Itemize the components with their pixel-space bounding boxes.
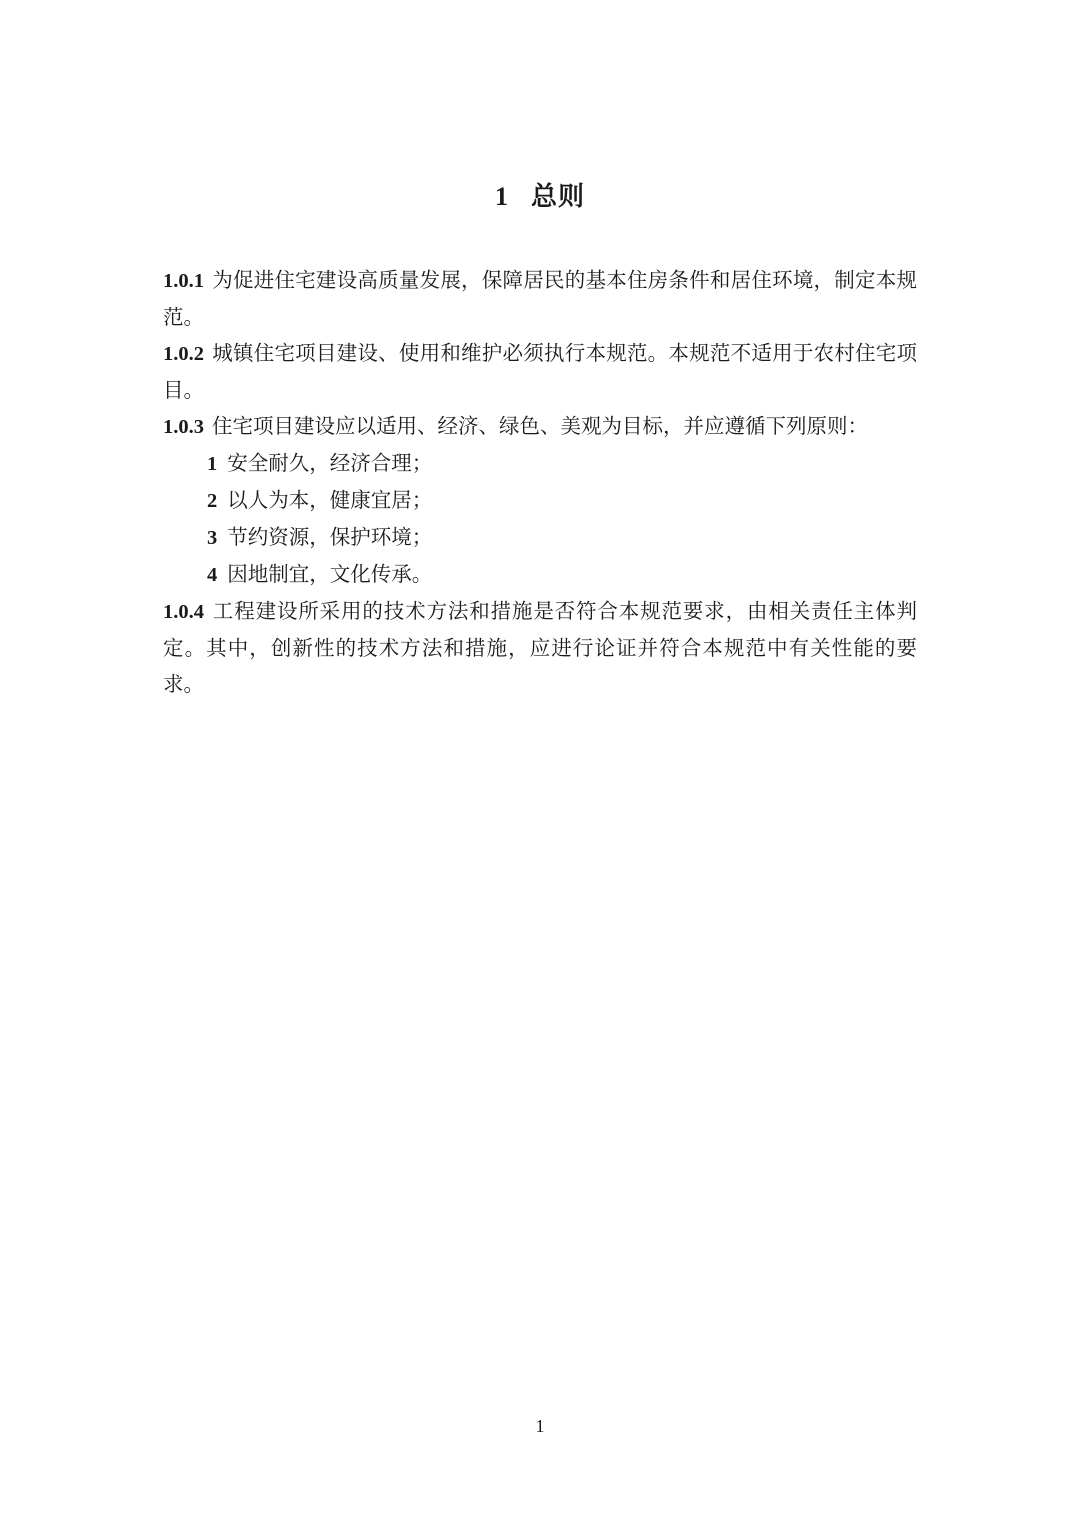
principle-number: 2 <box>207 490 217 512</box>
principle-item: 4因地制宜，文化传承。 <box>163 556 917 593</box>
clause-text: 工程建设所采用的技术方法和措施是否符合本规范要求，由相关责任主体判定。其中，创新… <box>163 599 917 696</box>
principle-item: 3节约资源，保护环境； <box>163 519 917 556</box>
clause-1-0-4: 1.0.4工程建设所采用的技术方法和措施是否符合本规范要求，由相关责任主体判定。… <box>163 593 917 702</box>
principle-item: 1安全耐久，经济合理； <box>163 445 917 482</box>
clause-number: 1.0.4 <box>163 601 204 623</box>
clause-1-0-3: 1.0.3住宅项目建设应以适用、经济、绿色、美观为目标，并应遵循下列原则： <box>163 408 917 445</box>
clause-number: 1.0.2 <box>163 343 204 365</box>
chapter-title-text: 总则 <box>531 182 585 212</box>
page-number: 1 <box>0 1416 1080 1437</box>
clause-number: 1.0.3 <box>163 416 204 438</box>
principle-text: 节约资源，保护环境； <box>227 525 432 549</box>
document-body: 1.0.1为促进住宅建设高质量发展，保障居民的基本住房条件和居住环境，制定本规范… <box>163 262 917 702</box>
clause-1-0-1: 1.0.1为促进住宅建设高质量发展，保障居民的基本住房条件和居住环境，制定本规范… <box>163 262 917 335</box>
clause-text: 城镇住宅项目建设、使用和维护必须执行本规范。本规范不适用于农村住宅项目。 <box>163 341 917 402</box>
principle-number: 3 <box>207 527 217 549</box>
principle-item: 2以人为本，健康宜居； <box>163 482 917 519</box>
principle-text: 因地制宜，文化传承。 <box>227 562 432 586</box>
principle-text: 以人为本，健康宜居； <box>227 488 432 512</box>
clause-text: 为促进住宅建设高质量发展，保障居民的基本住房条件和居住环境，制定本规范。 <box>163 268 917 329</box>
chapter-number: 1 <box>495 182 509 211</box>
chapter-title: 1总则 <box>0 176 1080 213</box>
principle-text: 安全耐久，经济合理； <box>227 451 432 475</box>
principle-number: 4 <box>207 564 217 586</box>
clause-1-0-2: 1.0.2城镇住宅项目建设、使用和维护必须执行本规范。本规范不适用于农村住宅项目… <box>163 335 917 408</box>
principle-number: 1 <box>207 453 217 475</box>
clause-number: 1.0.1 <box>163 270 204 292</box>
clause-text: 住宅项目建设应以适用、经济、绿色、美观为目标，并应遵循下列原则： <box>212 414 868 438</box>
